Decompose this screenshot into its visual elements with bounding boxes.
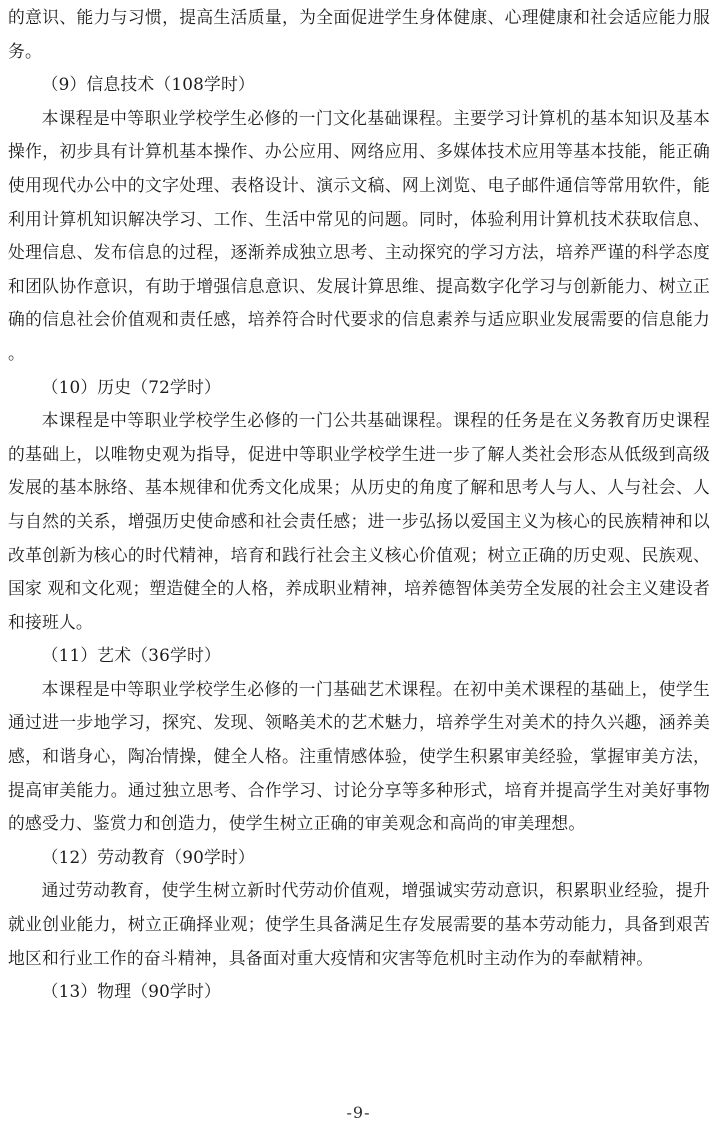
heading-art: （11）艺术（36学时） bbox=[8, 639, 710, 673]
paragraph-art: 本课程是中等职业学校学生必修的一门基础艺术课程。在初中美术课程的基础上，使学生通… bbox=[8, 673, 710, 841]
paragraph-labor-education: 通过劳动教育，使学生树立新时代劳动价值观，增强诚实劳动意识，积累职业经验，提升就… bbox=[8, 874, 710, 975]
paragraph-info-tech: 本课程是中等职业学校学生必修的一门文化基础课程。主要学习计算机的基本知识及基本操… bbox=[8, 102, 710, 371]
heading-info-tech: （9）信息技术（108学时） bbox=[8, 68, 710, 102]
document-page: 的意识、能力与习惯，提高生活质量，为全面促进学生身体健康、心理健康和社会适应能力… bbox=[0, 0, 717, 1130]
heading-history: （10）历史（72学时） bbox=[8, 371, 710, 405]
paragraph-history: 本课程是中等职业学校学生必修的一门公共基础课程。课程的任务是在义务教育历史课程的… bbox=[8, 404, 710, 639]
heading-labor-education: （12）劳动教育（90学时） bbox=[8, 841, 710, 875]
heading-physics: （13）物理（90学时） bbox=[8, 975, 710, 1009]
document-body: 的意识、能力与习惯，提高生活质量，为全面促进学生身体健康、心理健康和社会适应能力… bbox=[0, 0, 717, 1009]
paragraph-continuation: 的意识、能力与习惯，提高生活质量，为全面促进学生身体健康、心理健康和社会适应能力… bbox=[8, 1, 710, 68]
page-number: -9- bbox=[0, 1103, 717, 1122]
